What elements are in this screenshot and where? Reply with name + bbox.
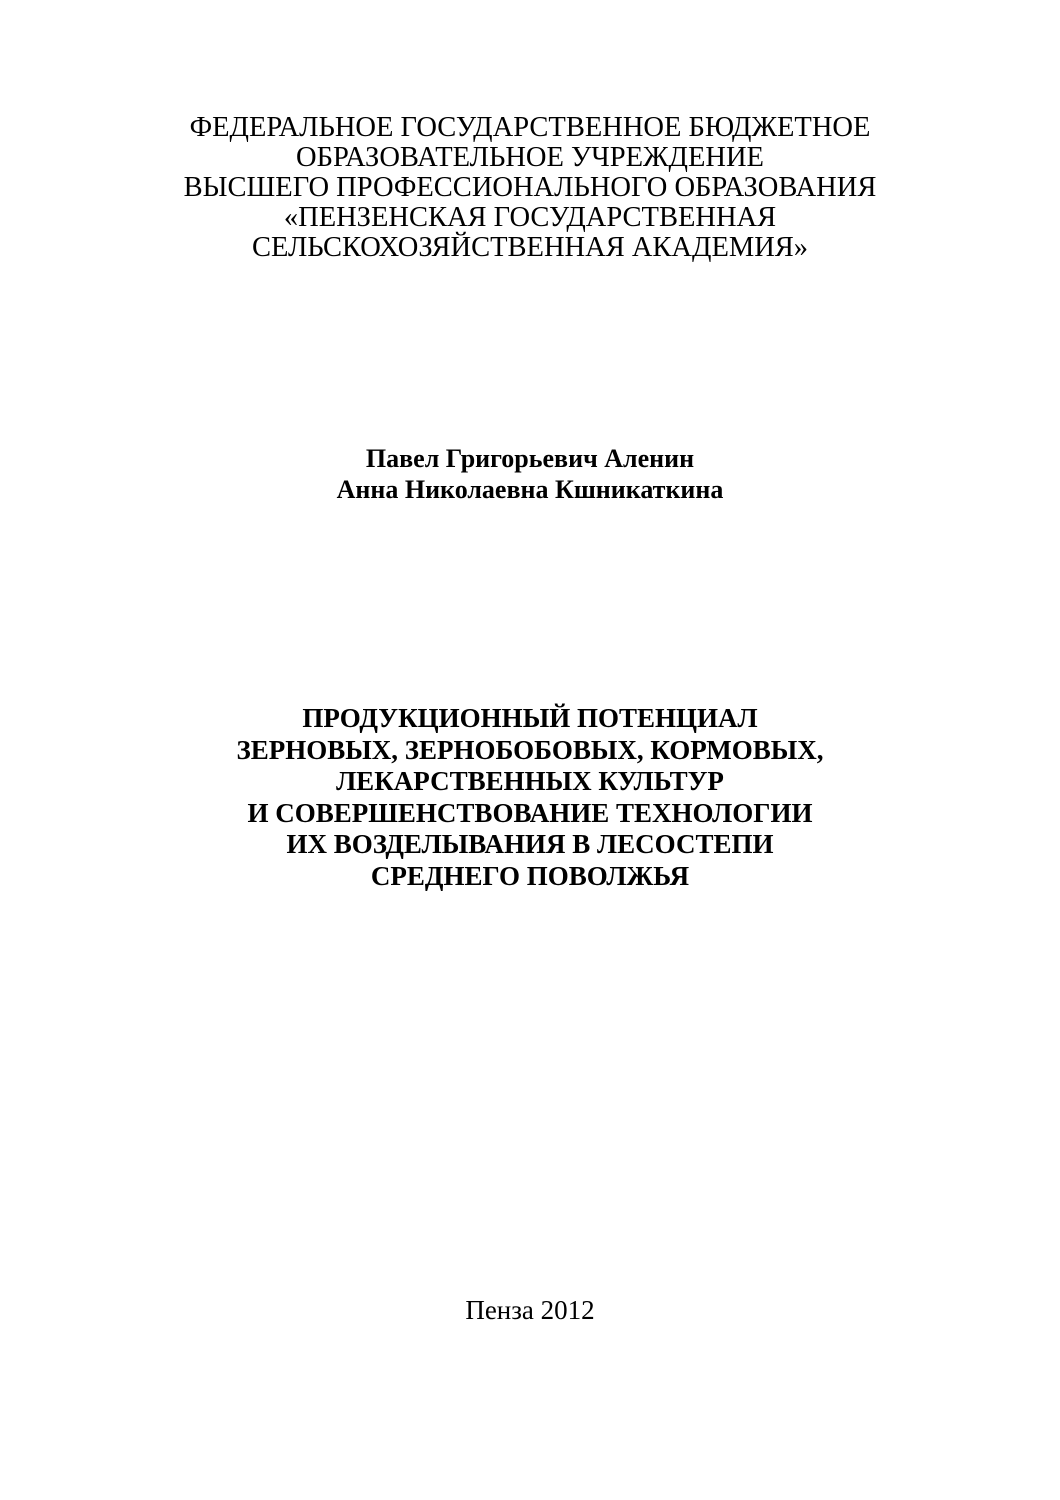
- title-line: ПРОДУКЦИОННЫЙ ПОТЕНЦИАЛ: [0, 703, 1060, 735]
- institution-line: ФЕДЕРАЛЬНОЕ ГОСУДАРСТВЕННОЕ БЮДЖЕТНОЕ: [0, 113, 1060, 143]
- title-line: ЛЕКАРСТВЕННЫХ КУЛЬТУР: [0, 766, 1060, 798]
- institution-line: ВЫСШЕГО ПРОФЕССИОНАЛЬНОГО ОБРАЗОВАНИЯ: [0, 173, 1060, 203]
- imprint-city-year: Пенза 2012: [0, 1295, 1060, 1325]
- book-title: ПРОДУКЦИОННЫЙ ПОТЕНЦИАЛ ЗЕРНОВЫХ, ЗЕРНОБ…: [0, 703, 1060, 892]
- author-name: Анна Николаевна Кшникаткина: [0, 474, 1060, 505]
- author-name: Павел Григорьевич Аленин: [0, 443, 1060, 474]
- authors: Павел Григорьевич Аленин Анна Николаевна…: [0, 443, 1060, 505]
- title-line: И СОВЕРШЕНСТВОВАНИЕ ТЕХНОЛОГИИ: [0, 798, 1060, 830]
- title-line: ЗЕРНОВЫХ, ЗЕРНОБОБОВЫХ, КОРМОВЫХ,: [0, 735, 1060, 767]
- institution-line: «ПЕНЗЕНСКАЯ ГОСУДАРСТВЕННАЯ: [0, 203, 1060, 233]
- title-line: СРЕДНЕГО ПОВОЛЖЬЯ: [0, 861, 1060, 893]
- title-line: ИХ ВОЗДЕЛЫВАНИЯ В ЛЕСОСТЕПИ: [0, 829, 1060, 861]
- institution-line: ОБРАЗОВАТЕЛЬНОЕ УЧРЕЖДЕНИЕ: [0, 143, 1060, 173]
- institution-heading: ФЕДЕРАЛЬНОЕ ГОСУДАРСТВЕННОЕ БЮДЖЕТНОЕ ОБ…: [0, 113, 1060, 263]
- institution-line: СЕЛЬСКОХОЗЯЙСТВЕННАЯ АКАДЕМИЯ»: [0, 233, 1060, 263]
